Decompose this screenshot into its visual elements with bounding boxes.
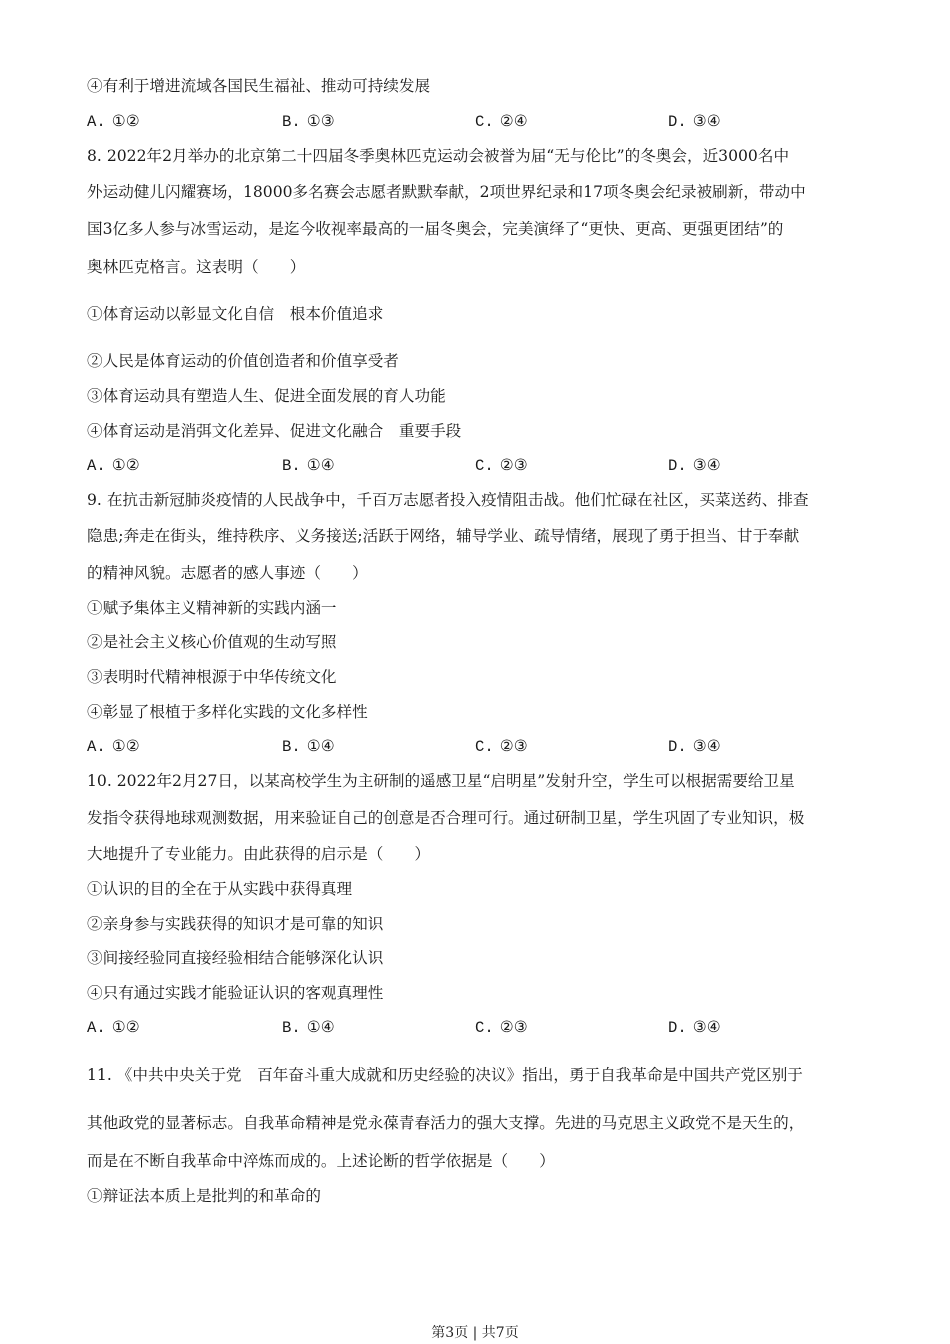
text-line: 9. 在抗击新冠肺炎疫情的人民战争中，千百万志愿者投入疫情阻击战。他们忙碌在社区…	[87, 490, 809, 510]
option-value: ③④	[693, 737, 721, 755]
answer-option[interactable]: B.①④	[282, 1017, 335, 1038]
answer-option[interactable]: C.②③	[475, 736, 528, 757]
text-line: 奥林匹克格言。这表明（ ）	[87, 257, 305, 277]
answer-option[interactable]: C.②④	[475, 111, 528, 132]
option-letter: C.	[475, 738, 494, 756]
text-line: ④只有通过实践才能验证认识的客观真理性	[87, 983, 383, 1003]
text-line: ④体育运动是消弭文化差异、促进文化融合 重要手段	[87, 421, 461, 441]
text-line: 大地提升了专业能力。由此获得的启示是（ ）	[87, 844, 430, 864]
answer-option[interactable]: D.③④	[668, 455, 721, 476]
answer-options-q9: A.①②B.①④C.②③D.③④	[0, 736, 950, 756]
text-line: 而是在不断自我革命中淬炼而成的。上述论断的哲学依据是（ ）	[87, 1151, 555, 1171]
option-value: ③④	[693, 456, 721, 474]
answer-option[interactable]: D.③④	[668, 1017, 721, 1038]
answer-options-q7: A.①②B.①③C.②④D.③④	[0, 111, 950, 131]
text-line: ③间接经验同直接经验相结合能够深化认识	[87, 948, 383, 968]
text-line: ②人民是体育运动的价值创造者和价值享受者	[87, 351, 399, 371]
answer-options-q8: A.①②B.①④C.②③D.③④	[0, 455, 950, 475]
option-value: ①④	[307, 1018, 335, 1036]
text-line: ③体育运动具有塑造人生、促进全面发展的育人功能	[87, 386, 446, 406]
option-value: ③④	[693, 112, 721, 130]
answer-option[interactable]: B.①④	[282, 455, 335, 476]
text-line: 8. 2022年2月举办的北京第二十四届冬季奥林匹克运动会被誉为届“无与伦比”的…	[87, 146, 789, 166]
text-line: ④彰显了根植于多样化实践的文化多样性	[87, 702, 368, 722]
option-value: ③④	[693, 1018, 721, 1036]
option-value: ①②	[112, 456, 140, 474]
text-line: 国3亿多人参与冰雪运动，是迄今收视率最高的一届冬奥会，完美演绎了“更快、更高、更…	[87, 219, 783, 239]
text-line: 外运动健儿闪耀赛场，18000多名赛会志愿者默默奉献，2项世界纪录和17项冬奥会…	[87, 182, 806, 202]
answer-options-q10: A.①②B.①④C.②③D.③④	[0, 1017, 950, 1037]
option-value: ②③	[500, 1018, 528, 1036]
answer-option[interactable]: C.②③	[475, 455, 528, 476]
option-value: ①②	[112, 1018, 140, 1036]
answer-option[interactable]: D.③④	[668, 736, 721, 757]
text-line: 10. 2022年2月27日，以某高校学生为主研制的遥感卫星“启明星”发射升空，…	[87, 771, 795, 791]
option-value: ②③	[500, 737, 528, 755]
option-letter: C.	[475, 113, 494, 131]
answer-option[interactable]: A.①②	[87, 111, 140, 132]
text-line: ③表明时代精神根源于中华传统文化	[87, 667, 337, 687]
answer-option[interactable]: A.①②	[87, 455, 140, 476]
text-line: 11. 《中共中央关于党 百年奋斗重大成就和历史经验的决议》指出，勇于自我革命是…	[87, 1065, 803, 1085]
option-letter: A.	[87, 113, 106, 131]
text-line: ①体育运动以彰显文化自信 根本价值追求	[87, 304, 383, 324]
text-line: ②是社会主义核心价值观的生动写照	[87, 632, 337, 652]
option-letter: D.	[668, 113, 687, 131]
option-letter: A.	[87, 457, 106, 475]
option-letter: B.	[282, 457, 301, 475]
option-letter: B.	[282, 738, 301, 756]
option-value: ①④	[307, 737, 335, 755]
text-line: ①赋予集体主义精神新的实践内涵一	[87, 598, 337, 618]
text-line: 其他政党的显著标志。自我革命精神是党永葆青春活力的强大支撑。先进的马克思主义政党…	[87, 1113, 804, 1133]
answer-option[interactable]: B.①④	[282, 736, 335, 757]
answer-option[interactable]: A.①②	[87, 1017, 140, 1038]
answer-option[interactable]: D.③④	[668, 111, 721, 132]
option-value: ①②	[112, 112, 140, 130]
option-letter: D.	[668, 457, 687, 475]
answer-option[interactable]: B.①③	[282, 111, 335, 132]
option-letter: B.	[282, 1019, 301, 1037]
option-letter: D.	[668, 1019, 687, 1037]
option-value: ①④	[307, 456, 335, 474]
text-line: ②亲身参与实践获得的知识才是可靠的知识	[87, 914, 383, 934]
text-line: 发指令获得地球观测数据，用来验证自己的创意是否合理可行。通过研制卫星，学生巩固了…	[87, 808, 804, 828]
option-value: ①③	[307, 112, 335, 130]
answer-option[interactable]: A.①②	[87, 736, 140, 757]
option-value: ②④	[500, 112, 528, 130]
option-letter: C.	[475, 1019, 494, 1037]
option-value: ①②	[112, 737, 140, 755]
option-letter: C.	[475, 457, 494, 475]
page-footer: 第3页 | 共7页	[0, 1324, 950, 1342]
text-line: ①辩证法本质上是批判的和革命的	[87, 1186, 321, 1206]
text-line: ①认识的目的全在于从实践中获得真理	[87, 879, 352, 899]
option-value: ②③	[500, 456, 528, 474]
text-line: ④有利于增进流域各国民生福祉、推动可持续发展	[87, 76, 430, 96]
answer-option[interactable]: C.②③	[475, 1017, 528, 1038]
option-letter: D.	[668, 738, 687, 756]
option-letter: A.	[87, 738, 106, 756]
text-line: 隐患;奔走在街头，维持秩序、义务接送;活跃于网络，辅导学业、疏导情绪，展现了勇于…	[87, 526, 799, 546]
text-line: 的精神风貌。志愿者的感人事迹（ ）	[87, 563, 368, 583]
option-letter: B.	[282, 113, 301, 131]
option-letter: A.	[87, 1019, 106, 1037]
